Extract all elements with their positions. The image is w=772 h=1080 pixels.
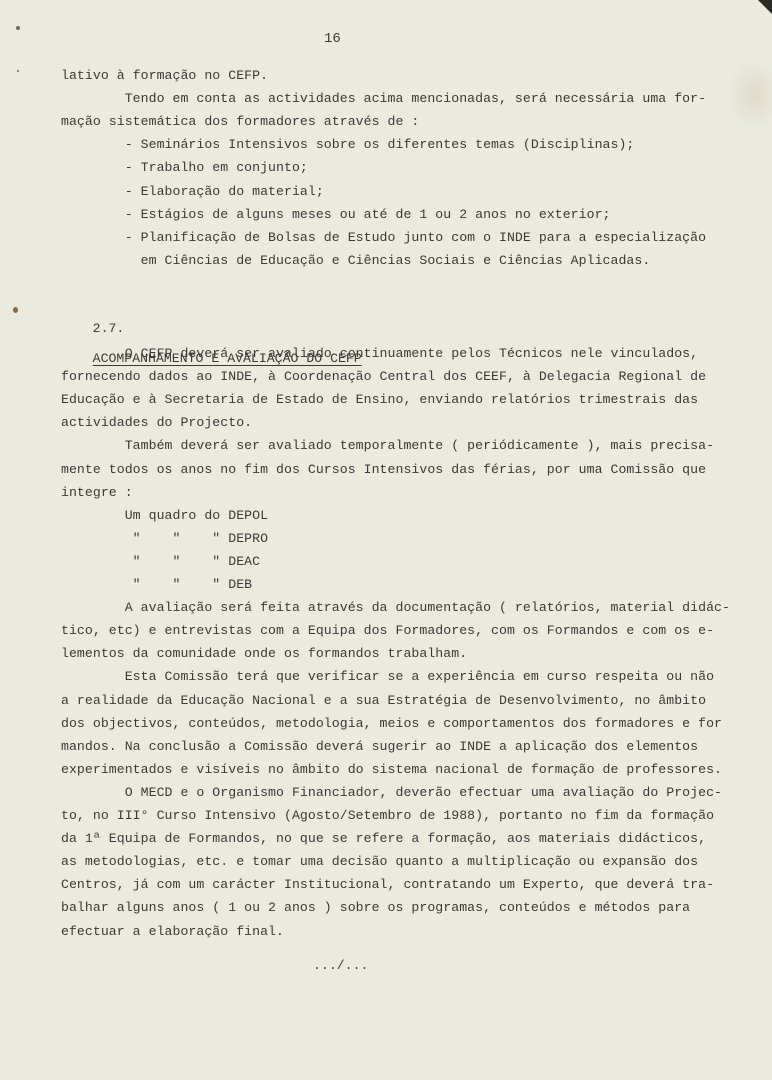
text-line: mente todos os anos no fim dos Cursos In… [61,462,706,478]
text-line: mação sistemática dos formadores através… [61,114,419,130]
text-line: efectuar a elaboração final. [61,924,284,940]
text-line: - Estágios de alguns meses ou até de 1 o… [61,207,611,223]
text-line: integre : [61,485,133,501]
text-line: Um quadro do DEPOL [61,508,268,524]
text-line: to, no III° Curso Intensivo (Agosto/Sete… [61,808,714,824]
punch-mark [17,70,19,72]
text-line: mandos. Na conclusão a Comissão deverá s… [61,739,698,755]
text-line: experimentados e visíveis no âmbito do s… [61,762,722,778]
text-line: Centros, já com um carácter Instituciona… [61,877,714,893]
text-line: O MECD e o Organismo Financiador, deverã… [61,785,722,801]
text-line: " " " DEB [61,577,252,593]
text-line: fornecendo dados ao INDE, à Coordenação … [61,369,706,385]
text-line: O CEFP deverá ser avaliado continuamente… [61,346,698,362]
page-number: 16 [324,31,341,47]
punch-mark [13,307,18,313]
text-line: balhar alguns anos ( 1 ou 2 anos ) sobre… [61,900,690,916]
text-line: - Trabalho em conjunto; [61,160,308,176]
punch-mark [16,26,20,30]
text-line: lativo à formação no CEFP. [61,68,268,84]
text-line: Também deverá ser avaliado temporalmente… [61,438,714,454]
text-line: dos objectivos, conteúdos, metodologia, … [61,716,722,732]
text-line: - Elaboração do material; [61,184,324,200]
text-line: lementos da comunidade onde os formandos… [61,646,467,662]
text-line: " " " DEAC [61,554,260,570]
text-line: " " " DEPRO [61,531,268,547]
section-number: 2.7. [93,321,125,336]
page-corner-fold [758,0,772,14]
text-line: A avaliação será feita através da docume… [61,600,730,616]
text-line: as metodologias, etc. e tomar uma decisã… [61,854,698,870]
text-line: Educação e à Secretaria de Estado de Ens… [61,392,698,408]
text-line: - Seminários Intensivos sobre os diferen… [61,137,634,153]
text-line: Tendo em conta as actividades acima menc… [61,91,706,107]
text-line: a realidade da Educação Nacional e a sua… [61,693,706,709]
text-line: em Ciências de Educação e Ciências Socia… [61,253,650,269]
text-line: Esta Comissão terá que verificar se a ex… [61,669,714,685]
text-line: - Planificação de Bolsas de Estudo junto… [61,230,706,246]
text-line: da 1ª Equipa de Formandos, no que se ref… [61,831,706,847]
document-page: 16 lativo à formação no CEFP. Tendo em c… [0,0,772,1080]
continuation-mark: .../... [313,958,368,973]
text-line: tico, etc) e entrevistas com a Equipa do… [61,623,714,639]
text-line: actividades do Projecto. [61,415,252,431]
